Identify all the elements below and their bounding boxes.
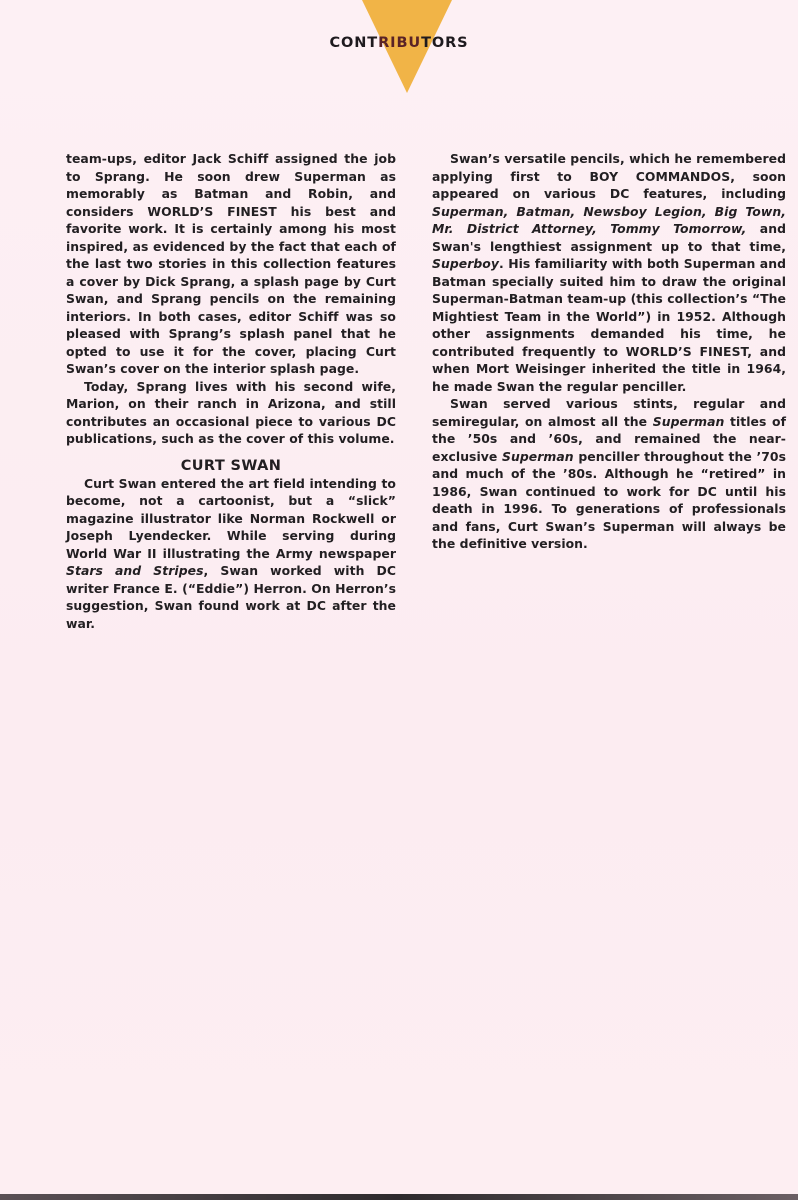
paragraph: Today, Sprang lives with his second wife… bbox=[66, 378, 396, 448]
title-part: TORS bbox=[421, 35, 468, 51]
italic-title: Superman bbox=[653, 414, 725, 429]
paragraph: Curt Swan entered the art field intendin… bbox=[66, 475, 396, 633]
text-run: . His familiarity with both Superman and… bbox=[432, 256, 786, 394]
italic-titles: Superman, Batman, Newsboy Legion, Big To… bbox=[432, 204, 786, 237]
paragraph: team-ups, editor Jack Schiff assigned th… bbox=[66, 150, 396, 378]
title-part-overlap: RIBU bbox=[378, 35, 421, 51]
title-part: CONT bbox=[329, 35, 378, 51]
right-column: Swan’s versatile pencils, which he remem… bbox=[432, 150, 786, 553]
italic-title: Superman bbox=[502, 449, 574, 464]
page-edge-shadow bbox=[0, 1194, 798, 1200]
italic-title: Superboy bbox=[432, 256, 499, 271]
text-run: Curt Swan entered the art field intendin… bbox=[66, 476, 396, 561]
italic-title: Stars and Stripes bbox=[66, 563, 204, 578]
section-title: CONTRIBUTORS bbox=[0, 35, 798, 51]
left-column: team-ups, editor Jack Schiff assigned th… bbox=[66, 150, 396, 632]
text-run: Swan’s versatile pencils, which he remem… bbox=[432, 151, 786, 201]
paragraph: Swan’s versatile pencils, which he remem… bbox=[432, 150, 786, 395]
section-heading: CURT SWAN bbox=[66, 457, 396, 475]
paragraph: Swan served various stints, regular and … bbox=[432, 395, 786, 553]
